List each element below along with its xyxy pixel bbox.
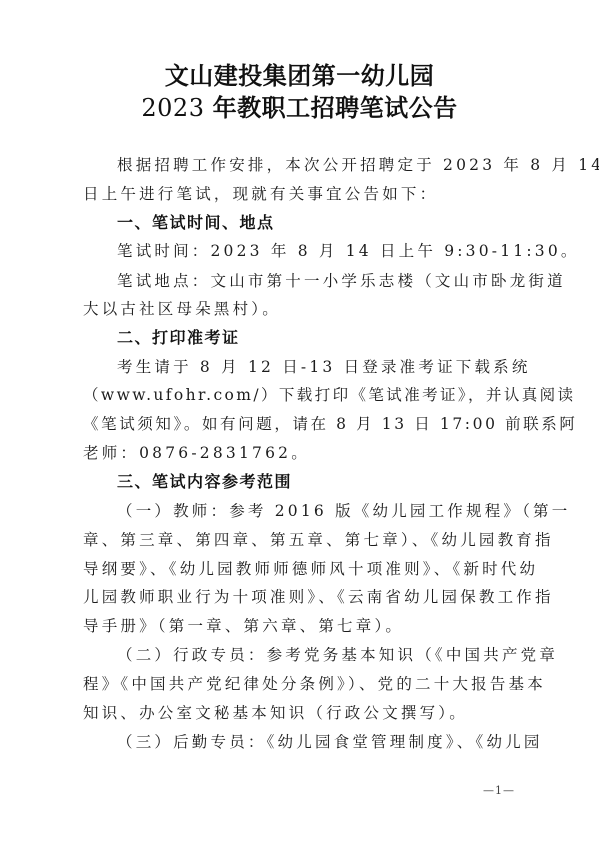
admission-ticket-line-2: （www.ufohr.com/）下载打印《笔试准考证》，并认真阅读: [83, 385, 523, 405]
section-heading-2: 二、打印准考证: [117, 328, 527, 348]
title-line-1: 文山建投集团第一幼儿园: [0, 56, 599, 91]
document-page: 文山建投集团第一幼儿园 2023 年教职工招聘笔试公告 根据招聘工作安排，本次公…: [0, 0, 599, 843]
admin-scope-line-3: 知识、办公室文秘基本知识（行政公文撰写）。: [83, 703, 523, 723]
logistics-scope-line-1: （三）后勤专员：《幼儿园食堂管理制度》、《幼儿园: [117, 732, 527, 752]
admission-ticket-line-1: 考生请于 8 月 12 日-13 日登录准考证下载系统: [117, 357, 527, 377]
exam-location-line-1: 笔试地点：文山市第十一小学乐志楼（文山市卧龙街道: [117, 271, 527, 291]
section-heading-1: 一、笔试时间、地点: [117, 213, 527, 233]
title-year: 2023: [141, 94, 212, 122]
admin-scope-line-2: 程》《中国共产党纪律处分条例》）、党的二十大报告基本: [83, 674, 523, 694]
title-rest: 年教职工招聘笔试公告: [213, 93, 458, 122]
page-number: —1—: [483, 784, 515, 797]
exam-time: 笔试时间：2023 年 8 月 14 日上午 9:30-11:30。: [117, 241, 527, 261]
paragraph-intro-line-1: 根据招聘工作安排，本次公开招聘定于 2023 年 8 月 14: [117, 155, 527, 175]
admission-ticket-line-3: 《笔试须知》。如有问题，请在 8 月 13 日 17:00 前联系阿: [83, 414, 523, 434]
teacher-scope-line-4: 儿园教师职业行为十项准则》、《云南省幼儿园保教工作指: [83, 587, 523, 607]
title-line-2: 2023 年教职工招聘笔试公告: [0, 88, 599, 123]
teacher-scope-line-5: 导手册》（第一章、第六章、第七章）。: [83, 616, 523, 636]
teacher-scope-line-2: 章、第三章、第四章、第五章、第七章）、《幼儿园教育指: [83, 530, 523, 550]
admin-scope-line-1: （二）行政专员：参考党务基本知识（《中国共产党章: [117, 645, 527, 665]
admission-ticket-line-4: 老师：0876-2831762。: [83, 443, 523, 463]
paragraph-intro-line-2: 日上午进行笔试，现就有关事宜公告如下：: [83, 184, 523, 204]
teacher-scope-line-3: 导纲要》、《幼儿园教师师德师风十项准则》、《新时代幼: [83, 559, 523, 579]
exam-location-line-2: 大以古社区母朵黑村）。: [83, 299, 523, 319]
section-heading-3: 三、笔试内容参考范围: [117, 472, 527, 492]
teacher-scope-line-1: （一）教师：参考 2016 版《幼儿园工作规程》（第一: [117, 501, 527, 521]
